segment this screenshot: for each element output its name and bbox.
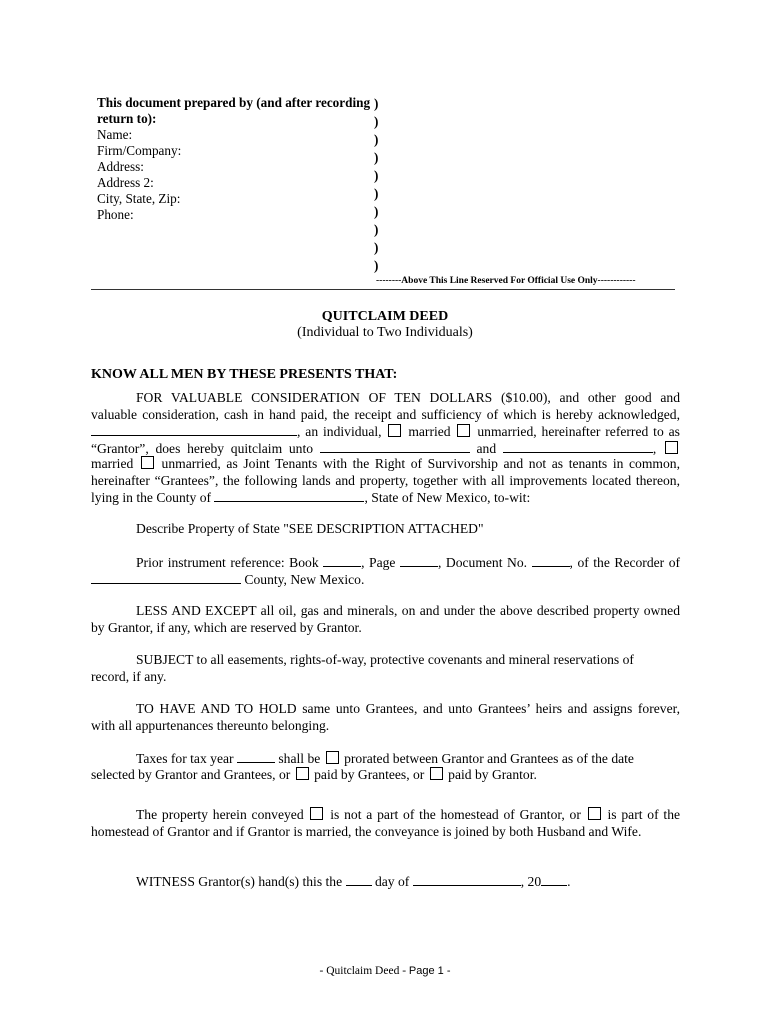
- bracket: ): [374, 221, 378, 239]
- habendum-paragraph: TO HAVE AND TO HOLD same unto Grantees, …: [91, 701, 680, 734]
- describe-property-paragraph: Describe Property of State "SEE DESCRIPT…: [91, 521, 680, 538]
- bracket: ): [374, 113, 378, 131]
- footer-label: - Quitclaim Deed -: [319, 965, 408, 977]
- text: ,: [653, 441, 656, 456]
- text-line: by Grantor, if any, which are reserved b…: [91, 620, 680, 637]
- taxes-paragraph: Taxes for tax year shall be prorated bet…: [91, 750, 680, 783]
- bracket: ): [374, 131, 378, 149]
- field-firm-label: Firm/Company:: [97, 143, 370, 159]
- field-address-label: Address:: [97, 159, 370, 175]
- text: , Page: [361, 555, 395, 570]
- witness-paragraph: WITNESS Grantor(s) hand(s) this the day …: [91, 873, 680, 890]
- grantees-married-checkbox[interactable]: [665, 441, 678, 454]
- document-no-field[interactable]: [532, 554, 570, 567]
- grantee1-name-field[interactable]: [320, 440, 470, 453]
- text-line: homestead of Grantor and if Grantor is m…: [91, 824, 680, 841]
- document-title: QUITCLAIM DEED: [0, 309, 770, 325]
- grantor-unmarried-checkbox[interactable]: [457, 424, 470, 437]
- page-field[interactable]: [400, 554, 438, 567]
- text-line: , an individual, married unmarried, here…: [91, 423, 680, 440]
- page-footer: - Quitclaim Deed - Page 1 -: [0, 965, 770, 977]
- tax-year-field[interactable]: [237, 750, 275, 763]
- consideration-paragraph: FOR VALUABLE CONSIDERATION OF TEN DOLLAR…: [91, 390, 680, 506]
- grantee2-name-field[interactable]: [503, 440, 653, 453]
- text-line: WITNESS Grantor(s) hand(s) this the day …: [91, 873, 680, 890]
- text-line: SUBJECT to all easements, rights-of-way,…: [91, 652, 680, 669]
- text-line: hereinafter “Grantees”, the following la…: [91, 473, 680, 490]
- bracket: ): [374, 95, 378, 113]
- preparer-heading-line2: return to):: [97, 111, 370, 127]
- field-city-state-zip-label: City, State, Zip:: [97, 191, 370, 207]
- text: , Document No.: [438, 555, 527, 570]
- recorder-county-field[interactable]: [91, 571, 241, 584]
- field-phone-label: Phone:: [97, 207, 370, 223]
- text: Prior instrument reference: Book: [136, 555, 319, 570]
- text-line: selected by Grantor and Grantees, or pai…: [91, 767, 680, 784]
- text-line: lying in the County of , State of New Me…: [91, 489, 680, 506]
- subject-paragraph: SUBJECT to all easements, rights-of-way,…: [91, 652, 680, 685]
- text: is not a part of the homestead of Granto…: [330, 807, 581, 822]
- taxes-paid-by-grantor-checkbox[interactable]: [430, 767, 443, 780]
- witness-month-field[interactable]: [413, 873, 521, 886]
- text: , an individual,: [297, 424, 382, 439]
- text: Taxes for tax year: [136, 751, 234, 766]
- know-all-heading: KNOW ALL MEN BY THESE PRESENTS THAT:: [91, 367, 397, 383]
- text: is part of the: [608, 807, 681, 822]
- text: County, New Mexico.: [244, 572, 364, 587]
- text: .: [567, 874, 570, 889]
- bracket: ): [374, 239, 378, 257]
- document-page: This document prepared by (and after rec…: [0, 0, 770, 1024]
- grantor-name-field[interactable]: [91, 423, 297, 436]
- text: paid by Grantor.: [448, 767, 537, 782]
- book-field[interactable]: [323, 554, 361, 567]
- prior-instrument-paragraph: Prior instrument reference: Book , Page …: [91, 554, 680, 587]
- text: prorated between Grantor and Grantees as…: [344, 751, 634, 766]
- bracket: ): [374, 257, 378, 275]
- text-line: TO HAVE AND TO HOLD same unto Grantees, …: [91, 701, 680, 718]
- text: unmarried, as Joint Tenants with the Rig…: [162, 456, 680, 471]
- text: selected by Grantor and Grantees, or: [91, 767, 290, 782]
- official-use-divider: [91, 289, 675, 290]
- text-line: Describe Property of State "SEE DESCRIPT…: [91, 521, 680, 538]
- text: “Grantor”, does hereby quitclaim unto: [91, 441, 313, 456]
- grantees-unmarried-checkbox[interactable]: [141, 456, 154, 469]
- bracket: ): [374, 203, 378, 221]
- homestead-paragraph: The property herein conveyed is not a pa…: [91, 807, 680, 840]
- text: and: [477, 441, 497, 456]
- bracket: ): [374, 185, 378, 203]
- text-line: LESS AND EXCEPT all oil, gas and mineral…: [91, 603, 680, 620]
- text-line: The property herein conveyed is not a pa…: [91, 807, 680, 824]
- page-number: Page 1 -: [409, 965, 451, 977]
- text-line: “Grantor”, does hereby quitclaim unto an…: [91, 440, 680, 457]
- bracket: ): [374, 167, 378, 185]
- witness-year-field[interactable]: [541, 873, 567, 886]
- county-field[interactable]: [214, 489, 364, 502]
- text: The property herein conveyed: [136, 807, 304, 822]
- taxes-prorated-checkbox[interactable]: [326, 751, 339, 764]
- text: , of the Recorder of: [570, 555, 680, 570]
- text: shall be: [278, 751, 320, 766]
- document-subtitle: (Individual to Two Individuals): [0, 325, 770, 341]
- preparer-heading-line1: This document prepared by (and after rec…: [97, 95, 370, 111]
- preparer-block: This document prepared by (and after rec…: [97, 95, 370, 223]
- field-name-label: Name:: [97, 127, 370, 143]
- text-line: Prior instrument reference: Book , Page …: [91, 554, 680, 571]
- text: married: [91, 456, 133, 471]
- bracket-column: ) ) ) ) ) ) ) ) ) ): [374, 95, 378, 275]
- bracket: ): [374, 149, 378, 167]
- field-address2-label: Address 2:: [97, 175, 370, 191]
- official-use-notice: --------Above This Line Reserved For Off…: [376, 276, 636, 286]
- grantor-married-checkbox[interactable]: [388, 424, 401, 437]
- text-line: record, if any.: [91, 669, 680, 686]
- text-line: County, New Mexico.: [91, 571, 680, 588]
- text-line: Taxes for tax year shall be prorated bet…: [91, 750, 680, 767]
- less-except-paragraph: LESS AND EXCEPT all oil, gas and mineral…: [91, 603, 680, 636]
- text: , 20: [521, 874, 541, 889]
- text-line: with all appurtenances thereunto belongi…: [91, 718, 680, 735]
- taxes-paid-by-grantees-checkbox[interactable]: [296, 767, 309, 780]
- text: WITNESS Grantor(s) hand(s) this the: [136, 874, 342, 889]
- text: married: [408, 424, 450, 439]
- text: day of: [375, 874, 409, 889]
- text: , State of New Mexico, to-wit:: [364, 490, 530, 505]
- text: unmarried, hereinafter referred to as: [477, 424, 680, 439]
- is-homestead-checkbox[interactable]: [588, 807, 601, 820]
- text: paid by Grantees, or: [314, 767, 424, 782]
- text-line: valuable consideration, cash in hand pai…: [91, 407, 680, 424]
- text-line: married unmarried, as Joint Tenants with…: [91, 456, 680, 473]
- text: lying in the County of: [91, 490, 211, 505]
- witness-day-field[interactable]: [346, 873, 372, 886]
- text-line: FOR VALUABLE CONSIDERATION OF TEN DOLLAR…: [91, 390, 680, 407]
- not-homestead-checkbox[interactable]: [310, 807, 323, 820]
